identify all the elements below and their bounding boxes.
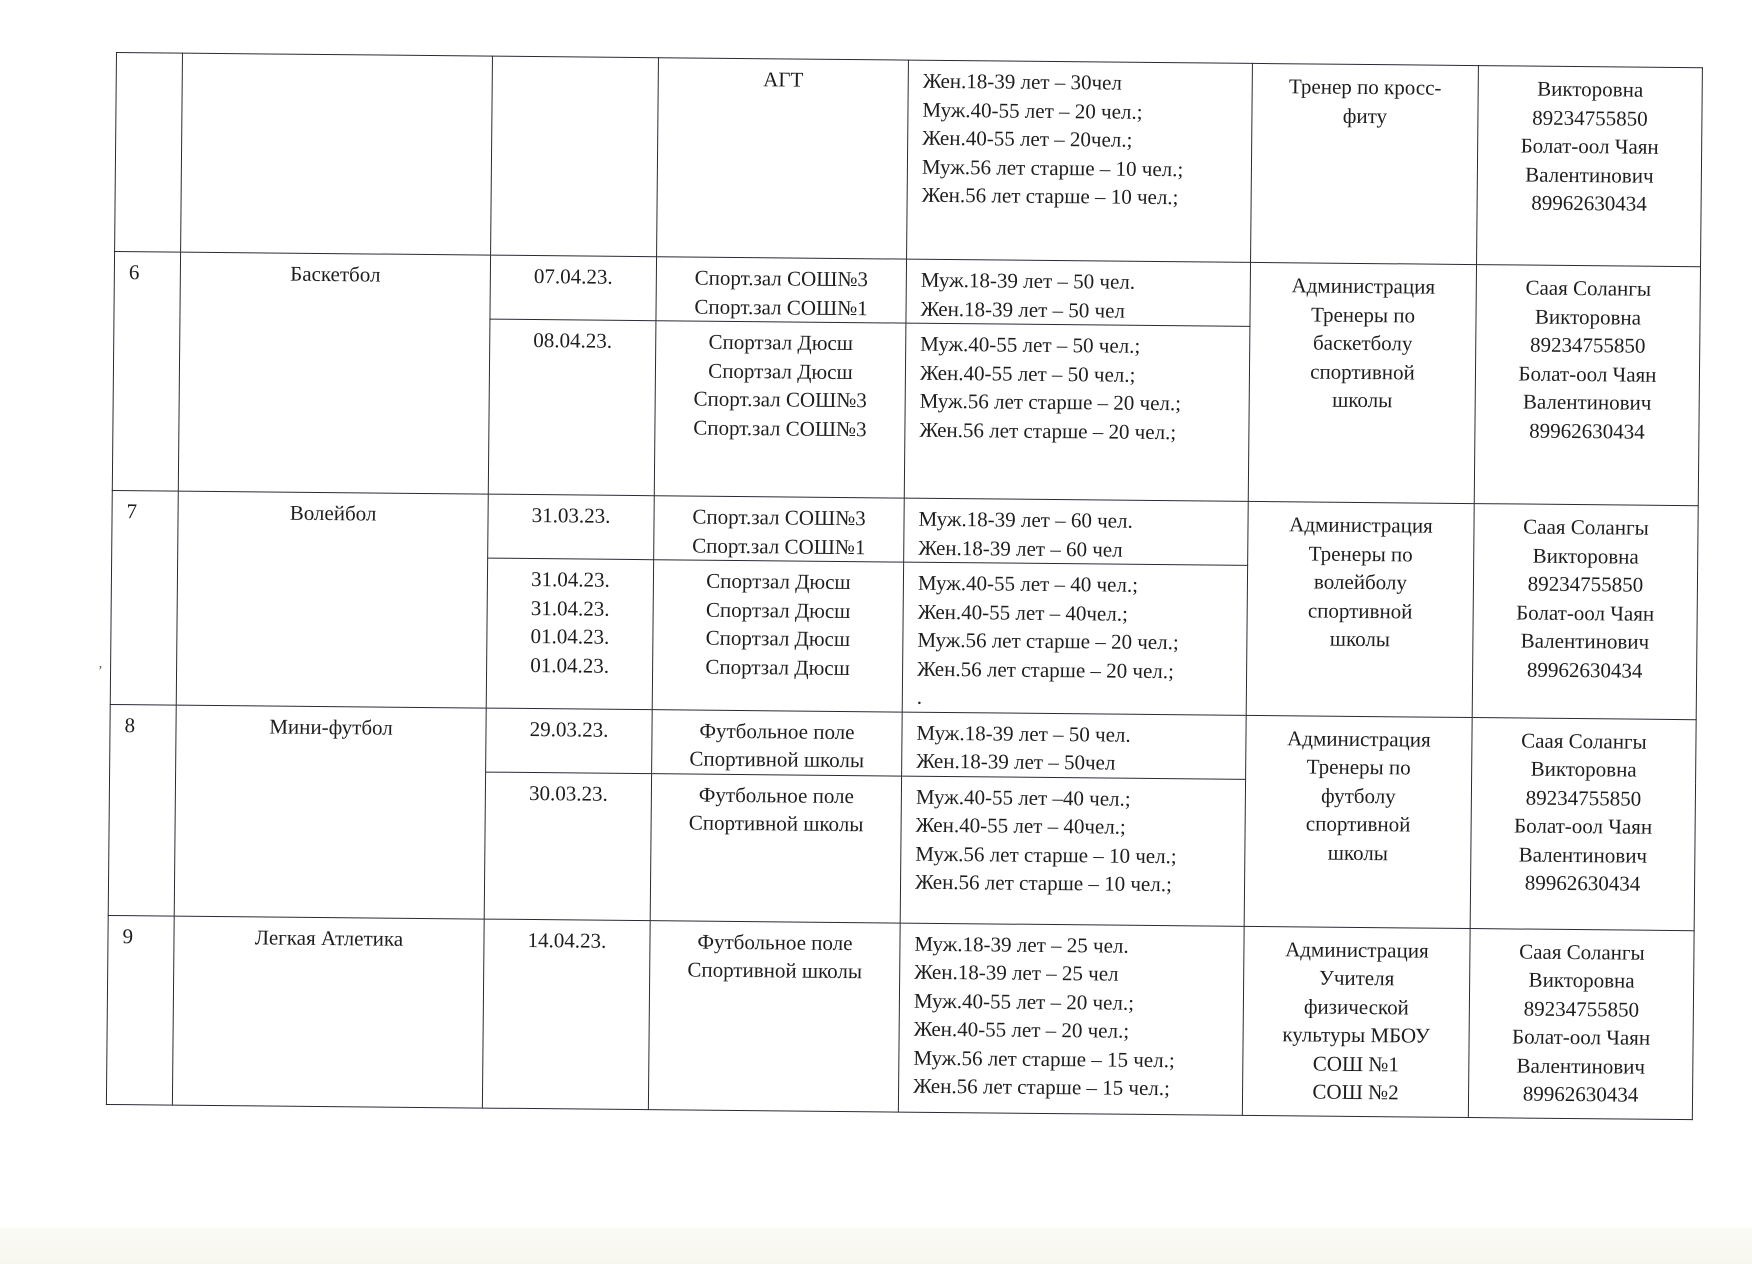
sport-name-line: Волейбол [178, 498, 487, 529]
participants-line: Муж.18-39 лет – 25 чел. [914, 929, 1243, 961]
organizers-line: Администрация [1246, 723, 1471, 754]
row-number: 7 [110, 490, 178, 704]
stray-scan-mark: ʼ [98, 664, 103, 680]
organizers-line: баскетболу [1250, 328, 1475, 359]
participants: Муж.18-39 лет – 50 чел.Жен.18-39 лет – 5… [906, 259, 1251, 326]
contacts-line: Викторовна [1476, 302, 1699, 333]
event-date-line: 31.04.23. [488, 565, 653, 595]
organizers-line: школы [1245, 837, 1470, 868]
contacts-line: Викторовна [1472, 754, 1695, 785]
contacts-line: 89962630434 [1477, 188, 1700, 219]
contacts-line: Валентинович [1476, 387, 1699, 418]
participants-line: Жен.40-55 лет – 50 чел.; [920, 358, 1249, 390]
event-date-line: 30.03.23. [486, 778, 651, 808]
event-date-line: 31.03.23. [488, 501, 653, 531]
sport-name: Баскетбол [178, 252, 490, 494]
sport-name-line [183, 60, 492, 63]
contacts: Викторовна89234755850Болат-оол ЧаянВален… [1477, 66, 1703, 267]
table-row: 9Легкая Атлетика14.04.23.Футбольное поле… [106, 915, 1694, 1119]
sport-name: Легкая Атлетика [172, 916, 484, 1108]
event-venue-line: Спорт.зал СОШ№3 [655, 413, 904, 444]
participants-line: Муж.40-55 лет –40 чел.; [916, 782, 1245, 814]
event-date-line [493, 63, 658, 65]
sport-name: Мини-футбол [174, 705, 486, 919]
event-date: 14.04.23. [482, 919, 650, 1110]
event-venue-line: Спорт.зал СОШ№3 [657, 263, 906, 294]
participants: Жен.18-39 лет – 30челМуж.40-55 лет – 20 … [907, 60, 1253, 262]
participants-line: Муж.40-55 лет – 40 чел.; [918, 569, 1247, 601]
participants: Муж.18-39 лет – 25 чел.Жен.18-39 лет – 2… [898, 923, 1244, 1115]
contacts-line: Викторовна [1474, 541, 1697, 572]
event-date: 30.03.23. [484, 772, 651, 921]
event-date [491, 56, 659, 257]
organizers-line: Тренеры по [1250, 299, 1475, 330]
event-venue-line: Футбольное поле [650, 927, 899, 958]
organizers: Тренер по кросс-фиту [1251, 63, 1479, 264]
event-venue: Спортзал ДюсшСпортзал ДюсшСпортзал ДюсшС… [652, 560, 903, 712]
contacts-line: Саая Солангы [1472, 726, 1695, 757]
participants-line: Муж.18-39 лет – 50 чел. [921, 266, 1250, 298]
contacts-line: Саая Солангы [1477, 273, 1700, 304]
table-row: АГТЖен.18-39 лет – 30челМуж.40-55 лет – … [115, 53, 1703, 267]
event-date-line: 29.03.23. [486, 714, 651, 744]
participants-line: Жен.18-39 лет – 50чел [916, 747, 1245, 779]
organizers-line: футболу [1246, 780, 1471, 811]
event-venue: Футбольное полеСпортивной школы [648, 920, 900, 1111]
participants-line: Муж.18-39 лет – 60 чел. [918, 505, 1247, 537]
organizers-line: Администрация [1248, 510, 1473, 541]
participants-line: Муж.40-55 лет – 20 чел.; [922, 95, 1251, 127]
organizers-line: Администрация [1244, 934, 1469, 965]
participants-line: Жен.56 лет старше – 15 чел.; [913, 1072, 1242, 1104]
participants: Муж.18-39 лет – 60 чел.Жен.18-39 лет – 6… [904, 498, 1249, 565]
organizers: АдминистрацияТренеры побаскетболуспортив… [1248, 262, 1476, 503]
organizers-line: школы [1250, 385, 1475, 416]
contacts-line: 89962630434 [1471, 868, 1694, 899]
event-date-line: 14.04.23. [484, 925, 649, 955]
organizers-line: Тренер по кросс- [1253, 72, 1478, 103]
participants-line: Жен.18-39 лет – 60 чел [918, 533, 1247, 565]
row-number: 8 [108, 704, 176, 916]
organizers-line: волейболу [1248, 567, 1473, 598]
event-venue-line: Спортзал Дюсш [656, 327, 905, 358]
contacts-line: Валентинович [1469, 1051, 1692, 1082]
contacts: Саая СолангыВикторовна89234755850Болат-о… [1472, 504, 1698, 720]
contacts: Саая СолангыВикторовна89234755850Болат-о… [1470, 717, 1696, 930]
participants: Муж.40-55 лет –40 чел.;Жен.40-55 лет – 4… [900, 776, 1245, 926]
event-date-line: 07.04.23. [491, 262, 656, 292]
participants-line: Муж.56 лет старше – 15 чел.; [913, 1043, 1242, 1075]
participants-line: . [917, 683, 1246, 715]
contacts-line: Саая Солангы [1470, 937, 1693, 968]
contacts: Саая СолангыВикторовна89234755850Болат-о… [1474, 265, 1700, 506]
contacts-line: Викторовна [1479, 74, 1702, 105]
event-date: 08.04.23. [488, 319, 656, 496]
event-venue-line: Спортзал Дюсш [653, 623, 902, 654]
contacts-line: 89234755850 [1472, 783, 1695, 814]
event-date-line: 31.04.23. [488, 593, 653, 623]
organizers: АдминистрацияУчителяфизическойкультуры М… [1242, 926, 1470, 1117]
event-venue-line: Спортивной школы [652, 744, 901, 775]
scanned-page: ʼ АГТЖен.18-39 лет – 30челМуж.40-55 лет … [0, 0, 1752, 1264]
scan-edge-band [0, 1228, 1752, 1264]
participants-line: Муж.18-39 лет – 50 чел. [916, 718, 1245, 750]
contacts-line: Валентинович [1471, 840, 1694, 871]
organizers-line: физической [1244, 991, 1469, 1022]
row-number: 6 [112, 251, 180, 491]
contacts-line: 89234755850 [1470, 994, 1693, 1025]
contacts-line: 89234755850 [1478, 103, 1701, 134]
contacts-line: Болат-оол Чаян [1469, 1022, 1692, 1053]
participants-line: Жен.18-39 лет – 30чел [923, 67, 1252, 99]
contacts-line: Болат-оол Чаян [1474, 598, 1697, 629]
row-number [115, 53, 183, 253]
contacts-line: Валентинович [1473, 626, 1696, 657]
event-date: 31.03.23. [488, 494, 655, 560]
event-venue-line: Спорт.зал СОШ№1 [656, 292, 905, 323]
organizers-line: школы [1247, 624, 1472, 655]
contacts-line: Викторовна [1470, 965, 1693, 996]
organizers-line: Тренеры по [1248, 538, 1473, 569]
event-venue-line: Спорт.зал СОШ№3 [654, 502, 903, 533]
event-venue-line: Футбольное поле [652, 716, 901, 747]
contacts-line: 89962630434 [1475, 416, 1698, 447]
contacts-line: 89234755850 [1474, 569, 1697, 600]
participants-line: Жен.56 лет старше – 20 чел.; [917, 654, 1246, 686]
contacts-line: Валентинович [1478, 160, 1701, 191]
participants-line: Жен.40-55 лет – 20 чел.; [914, 1015, 1243, 1047]
row-number-line: 9 [122, 922, 173, 951]
contacts-line: Болат-оол Чаян [1472, 811, 1695, 842]
event-date-line: 01.04.23. [487, 650, 652, 680]
organizers-line: Тренеры по [1246, 752, 1471, 783]
participants-line: Жен.56 лет старше – 10 чел.; [922, 181, 1251, 213]
event-venue: Спорт.зал СОШ№3Спорт.зал СОШ№1 [654, 496, 905, 562]
contacts-line: Болат-оол Чаян [1476, 359, 1699, 390]
event-venue-line: Спорт.зал СОШ№3 [656, 384, 905, 415]
row-number-line: 7 [126, 497, 177, 526]
participants-line: Муж.40-55 лет – 20 чел.; [914, 986, 1243, 1018]
event-date: 31.04.23.31.04.23.01.04.23.01.04.23. [486, 558, 653, 709]
contacts-line: 89962630434 [1469, 1079, 1692, 1110]
event-venue-line: Спортивной школы [650, 955, 899, 986]
participants-line: Муж.56 лет старше – 10 чел.; [915, 839, 1244, 871]
contacts: Саая СолангыВикторовна89234755850Болат-о… [1468, 928, 1694, 1119]
sport-name-line: Баскетбол [181, 259, 490, 290]
participants: Муж.18-39 лет – 50 чел.Жен.18-39 лет – 5… [902, 712, 1247, 779]
event-venue: Футбольное полеСпортивной школы [652, 709, 903, 775]
participants-line: Муж.40-55 лет – 50 чел.; [920, 330, 1249, 362]
event-venue: Спортзал ДюсшСпортзал ДюсшСпорт.зал СОШ№… [654, 321, 906, 498]
participants-line: Жен.18-39 лет – 50 чел [920, 294, 1249, 326]
participants-line: Муж.56 лет старше – 20 чел.; [917, 626, 1246, 658]
event-venue: Спорт.зал СОШ№3Спорт.зал СОШ№1 [656, 257, 907, 323]
sport-name-line: Легкая Атлетика [174, 922, 483, 953]
contacts-line: 89962630434 [1473, 655, 1696, 686]
participants-line: Жен.40-55 лет – 40чел.; [918, 597, 1247, 629]
event-venue-line: Спортзал Дюсш [654, 595, 903, 626]
sport-name: Волейбол [176, 491, 488, 707]
organizers-line: культуры МБОУ [1243, 1020, 1468, 1051]
participants-line: Жен.56 лет старше – 20 чел.; [919, 415, 1248, 447]
event-venue: Футбольное полеСпортивной школы [650, 773, 901, 922]
participants-line: Муж.56 лет старше – 20 чел.; [920, 387, 1249, 419]
event-date: 07.04.23. [490, 255, 657, 321]
participants-line: Жен.18-39 лет – 25 чел [914, 958, 1243, 990]
sport-name [181, 53, 493, 255]
participants-line: Жен.40-55 лет – 20чел.; [922, 124, 1251, 156]
row-number-line: 8 [124, 711, 175, 740]
event-schedule-table: АГТЖен.18-39 лет – 30челМуж.40-55 лет – … [106, 52, 1703, 1120]
organizers-line: СОШ №1 [1243, 1048, 1468, 1079]
event-venue-line: Спортзал Дюсш [653, 652, 902, 683]
participants-line: Жен.40-55 лет – 40чел.; [915, 811, 1244, 843]
organizers-line: Администрация [1251, 271, 1476, 302]
contacts-line: Саая Солангы [1474, 512, 1697, 543]
sport-name-line: Мини-футбол [176, 711, 485, 742]
event-venue-line: Спортивной школы [651, 808, 900, 839]
organizers-line: спортивной [1246, 809, 1471, 840]
organizers-line: спортивной [1248, 595, 1473, 626]
event-venue-line: Спорт.зал СОШ№1 [654, 531, 903, 562]
event-venue: АГТ [657, 58, 909, 259]
event-venue-line: Спортзал Дюсш [656, 356, 905, 387]
participants-line: Жен.56 лет старше – 10 чел.; [915, 868, 1244, 900]
organizers-line: фиту [1252, 100, 1477, 131]
organizers: АдминистрацияТренеры поволейболуспортивн… [1246, 501, 1474, 717]
participants: Муж.40-55 лет – 50 чел.;Жен.40-55 лет – … [904, 323, 1250, 501]
row-number-line: 6 [129, 258, 180, 287]
event-venue-line: АГТ [659, 64, 908, 95]
organizers: АдминистрацияТренеры пофутболуспортивной… [1244, 715, 1472, 928]
participants: Муж.40-55 лет – 40 чел.;Жен.40-55 лет – … [902, 562, 1247, 715]
participants-line: Муж.56 лет старше – 10 чел.; [922, 152, 1251, 184]
row-number: 9 [106, 915, 174, 1105]
event-date: 29.03.23. [486, 708, 653, 774]
contacts-line: 89234755850 [1476, 330, 1699, 361]
event-date-line: 01.04.23. [487, 622, 652, 652]
event-venue-line: Спортзал Дюсш [654, 566, 903, 597]
organizers-line: спортивной [1250, 356, 1475, 387]
organizers-line: СОШ №2 [1243, 1077, 1468, 1108]
organizers-line: Учителя [1244, 963, 1469, 994]
contacts-line: Болат-оол Чаян [1478, 131, 1701, 162]
event-date-line: 08.04.23. [490, 326, 655, 356]
event-venue-line: Футбольное поле [652, 780, 901, 811]
